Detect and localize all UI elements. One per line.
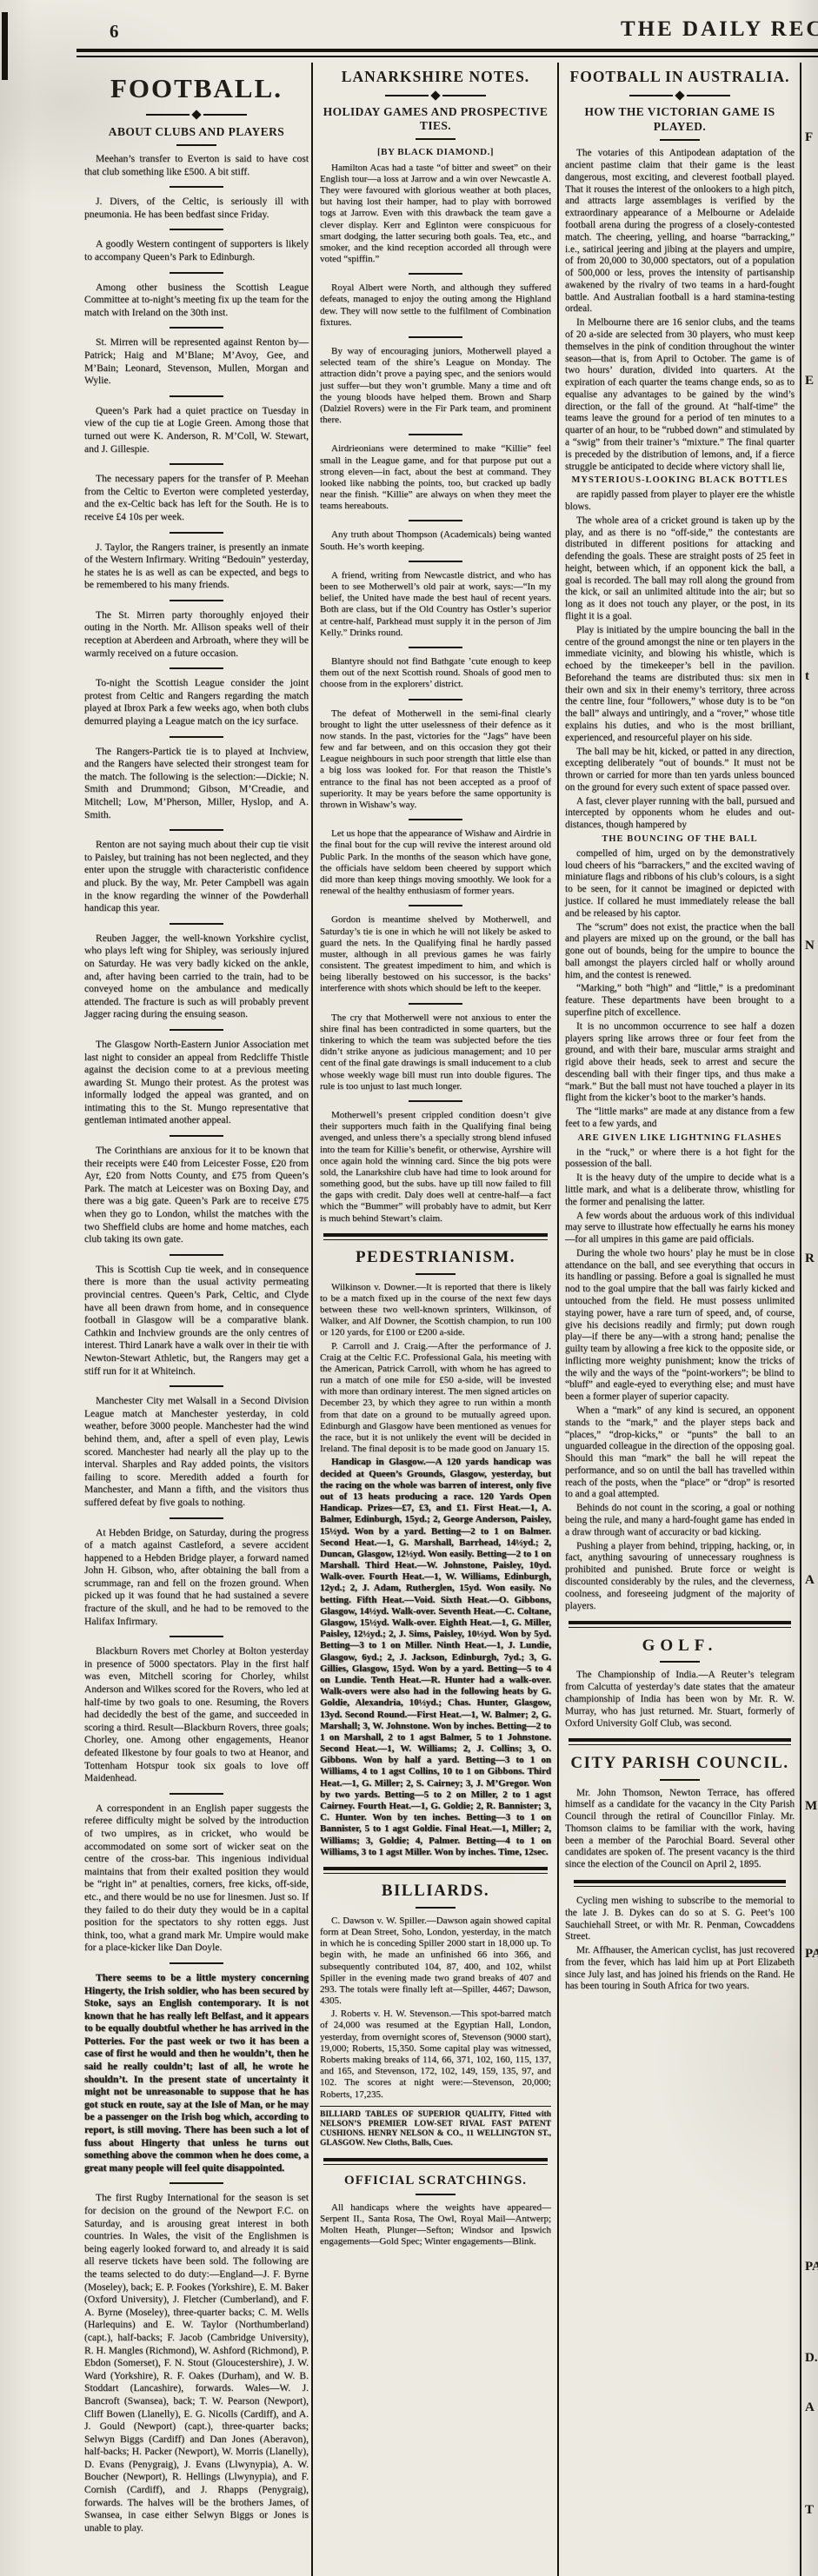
article-paragraph: Mr. Affhauser, the American cyclist, has… [565, 1945, 795, 1993]
column-lanarkshire-notes: LANARKSHIRE NOTES. HOLIDAY GAMES AND PRO… [320, 68, 551, 2249]
article-paragraph: “Marking,” both “high” and “little,” is … [565, 983, 795, 1019]
article-paragraph: A goodly Western contingent of supporter… [84, 238, 309, 263]
article-paragraph: Hamilton Acas had a taste “of bitter and… [320, 163, 551, 266]
article-paragraph: The Glasgow North-Eastern Junior Associa… [84, 1039, 309, 1127]
article-paragraph: P. Carroll and J. Craig.—After the perfo… [320, 1341, 551, 1456]
article-paragraph: The Rangers-Partick tie is to played at … [84, 746, 309, 822]
paragraph-separator [170, 2182, 223, 2184]
article-paragraph: Airdrieonians were determined to make “K… [320, 443, 551, 512]
clipped-column-fragment: F [805, 130, 813, 145]
diamond-ornament-icon [629, 92, 730, 99]
paragraph-separator [409, 1100, 462, 1102]
article-paragraph: The Corinthians are anxious for it to be… [84, 1145, 309, 1246]
scan-artifact [2, 12, 8, 80]
paragraph-separator [409, 520, 462, 521]
article-paragraph: Queen’s Park had a quiet practice on Tue… [84, 405, 309, 455]
short-rule [660, 139, 700, 141]
paragraph-separator [170, 463, 223, 465]
article-paragraph: Blackburn Rovers met Chorley at Bolton y… [84, 1645, 309, 1785]
short-rule [416, 2194, 456, 2195]
article-body: The votaries of this Antipodean adaptati… [565, 148, 795, 1993]
article-paragraph: J. Roberts v. H. W. Stevenson.—This spot… [320, 2008, 551, 2101]
short-rule [176, 144, 216, 146]
article-paragraph: The Championship of India.—A Reuter’s te… [565, 1670, 795, 1730]
paragraph-separator [409, 819, 462, 820]
column-subtitle: ABOUT CLUBS AND PLAYERS [84, 124, 309, 139]
article-paragraph: A correspondent in an English paper sugg… [84, 1803, 309, 1955]
crosshead: THE BOUNCING OF THE BALL [565, 834, 795, 846]
article-paragraph: To-night the Scottish League consider th… [84, 677, 309, 727]
article-paragraph: A friend, writing from Newcastle distric… [320, 570, 551, 639]
clipped-column-fragment: M [805, 1799, 817, 1814]
article-paragraph: are rapidly passed from player to player… [565, 489, 795, 514]
paragraph-separator [170, 327, 223, 329]
column-title: FOOTBALL IN AUSTRALIA. [565, 68, 795, 86]
paragraph-separator [170, 272, 223, 274]
section-rule [323, 1867, 548, 1874]
article-paragraph: Royal Albert were North, and although th… [320, 282, 551, 329]
short-rule [416, 138, 456, 140]
article-paragraph: The first Rugby International for the se… [84, 2192, 309, 2534]
paragraph-separator [170, 1636, 223, 1637]
paragraph-separator [409, 434, 462, 435]
paragraph-separator [170, 1517, 223, 1519]
section-rule [323, 2158, 548, 2165]
diamond-ornament-icon [146, 111, 247, 118]
paragraph-separator [409, 699, 462, 700]
short-rule [660, 1779, 700, 1781]
article-paragraph: Play is initiated by the umpire bouncing… [565, 625, 795, 745]
article-paragraph: J. Taylor, the Rangers trainer, is prese… [84, 541, 309, 592]
article-paragraph: Motherwell’s present crippled condition … [320, 1110, 551, 1225]
article-paragraph: The defeat of Motherwell in the semi-fin… [320, 708, 551, 812]
article-paragraph: The ball may be hit, kicked, or patted i… [565, 747, 795, 794]
article-paragraph: The whole area of a cricket ground is ta… [565, 515, 795, 623]
article-paragraph: Behinds do not count in the scoring, a g… [565, 1503, 795, 1538]
section-rule [569, 1621, 791, 1628]
article-paragraph: Blantyre should not find Bathgate ’cute … [320, 656, 551, 691]
clipped-column-fragment: R [805, 1251, 815, 1266]
article-paragraph: There seems to be a little mystery conce… [84, 1972, 309, 2175]
article-paragraph: Among other business the Scottish League… [84, 282, 309, 320]
article-paragraph: A few words about the arduous work of th… [565, 1211, 795, 1246]
clipped-column-fragment: D. [805, 2351, 818, 2366]
article-paragraph: St. Mirren will be represented against R… [84, 336, 309, 387]
article-paragraph: Cycling men wishing to subscribe to the … [565, 1895, 795, 1943]
short-rule [416, 1907, 456, 1909]
section-title: CITY PARISH COUNCIL. [565, 1753, 795, 1773]
paragraph-separator [409, 647, 462, 648]
short-rule [660, 1661, 700, 1663]
clipped-column-fragment: T [805, 2503, 814, 2518]
article-paragraph: J. Divers, of the Celtic, is seriously i… [84, 196, 309, 221]
paragraph-separator [409, 561, 462, 562]
clipped-column-fragment: t [805, 669, 809, 684]
newspaper-page: 6 THE DAILY REC FOOTBALL. ABOUT CLUBS AN… [0, 0, 818, 2576]
crosshead: ARE GIVEN LIKE LIGHTNING FLASHES [565, 1133, 795, 1145]
column-rule [800, 63, 801, 2576]
paragraph-separator [170, 1793, 223, 1795]
paragraph-separator [170, 1385, 223, 1387]
article-body: Meehan’s transfer to Everton is said to … [84, 153, 309, 2534]
paragraph-separator [170, 923, 223, 925]
paragraph-separator [170, 186, 223, 188]
article-paragraph: This is Scottish Cup tie week, and in co… [84, 1264, 309, 1378]
article-paragraph: The St. Mirren party thoroughly enjoyed … [84, 609, 309, 660]
paragraph-separator [170, 1135, 223, 1137]
article-paragraph: Mr. John Thomson, Newton Terrace, has of… [565, 1788, 795, 1871]
article-paragraph: At Hebden Bridge, on Saturday, during th… [84, 1527, 309, 1629]
clipped-column-fragment: N [805, 939, 815, 953]
article-paragraph: in the “ruck,” or where there is a hot f… [565, 1147, 795, 1172]
article-paragraph: All handicaps where the weights have app… [320, 2202, 551, 2248]
section-heading: CITY PARISH COUNCIL. [565, 1738, 795, 1780]
article-paragraph: Renton are not saying much about their c… [84, 839, 309, 915]
column-football: FOOTBALL. ABOUT CLUBS AND PLAYERS Meehan… [84, 71, 309, 2536]
article-paragraph: It is the heavy duty of the umpire to de… [565, 1172, 795, 1208]
paragraph-separator [170, 667, 223, 669]
column-title: LANARKSHIRE NOTES. [320, 68, 551, 86]
clipped-column-fragment: E [805, 374, 814, 388]
paragraph-separator [170, 1029, 223, 1031]
section-title: PEDESTRIANISM. [320, 1248, 551, 1268]
paragraph-separator [170, 600, 223, 601]
paragraph-separator [170, 395, 223, 397]
column-rule [311, 63, 313, 2576]
paragraph-separator [409, 905, 462, 906]
paragraph-separator [170, 532, 223, 534]
article-body: Hamilton Acas had a taste “of bitter and… [320, 163, 551, 2248]
article-paragraph: The necessary papers for the transfer of… [84, 473, 309, 523]
paragraph-separator [170, 829, 223, 831]
article-paragraph: During the whole two hours’ play he must… [565, 1248, 795, 1404]
article-paragraph: In Melbourne there are 16 senior clubs, … [565, 317, 795, 473]
crosshead: MYSTERIOUS-LOOKING BLACK BOTTLES [565, 475, 795, 487]
article-paragraph: Wilkinson v. Downer.—It is reported that… [320, 1282, 551, 1339]
clipped-column-fragment: PA [805, 2260, 818, 2274]
header-rule [76, 49, 818, 57]
column-football-in-australia: FOOTBALL IN AUSTRALIA. HOW THE VICTORIAN… [565, 68, 795, 1995]
paragraph-separator [170, 1254, 223, 1256]
paragraph-separator [170, 229, 223, 230]
diamond-ornament-icon [385, 92, 486, 99]
article-paragraph: By way of encouraging juniors, Motherwel… [320, 346, 551, 426]
article-paragraph: Let us hope that the appearance of Wisha… [320, 828, 551, 897]
section-heading: GOLF. [565, 1621, 795, 1663]
section-title: OFFICIAL SCRATCHINGS. [320, 2173, 551, 2188]
article-paragraph: The “little marks” are made at any dista… [565, 1106, 795, 1131]
short-rule [416, 1273, 456, 1275]
section-heading: PEDESTRIANISM. [320, 1233, 551, 1275]
article-paragraph: Any truth about Thompson (Academicals) b… [320, 529, 551, 552]
article-paragraph: It is no uncommon occurrence to see half… [565, 1021, 795, 1105]
section-rule [569, 1738, 791, 1745]
column-subtitle: HOW THE VICTORIAN GAME IS PLAYED. [565, 105, 795, 134]
article-paragraph: Handicap in Glasgow.—A 120 yards handica… [320, 1457, 551, 1858]
article-paragraph: compelled of him, urged on by the demons… [565, 848, 795, 920]
column-title: FOOTBALL. [84, 71, 309, 105]
article-paragraph: When a “mark” of any kind is secured, an… [565, 1405, 795, 1501]
paragraph-separator [170, 1962, 223, 1964]
paragraph-separator [409, 273, 462, 275]
article-paragraph: A fast, clever player running with the b… [565, 796, 795, 832]
section-heading: OFFICIAL SCRATCHINGS. [320, 2158, 551, 2195]
section-rule [323, 1233, 548, 1240]
column-rule [557, 63, 559, 2576]
section-rule [574, 1880, 786, 1887]
paragraph-separator [409, 336, 462, 338]
column-subtitle: HOLIDAY GAMES AND PROSPECTIVE TIES. [320, 105, 551, 133]
article-paragraph: The votaries of this Antipodean adaptati… [565, 148, 795, 315]
article-paragraph: Pushing a player from behind, tripping, … [565, 1541, 795, 1613]
masthead: THE DAILY REC [621, 17, 818, 42]
article-paragraph: Gordon is meantime shelved by Motherwell… [320, 914, 551, 994]
article-paragraph: Meehan’s transfer to Everton is said to … [84, 153, 309, 178]
advertisement: BILLIARD TABLES OF SUPERIOR QUALITY, Fit… [320, 2106, 551, 2149]
article-paragraph: Reuben Jagger, the well-known Yorkshire … [84, 933, 309, 1021]
clipped-column-fragment: PA [805, 1947, 818, 1962]
article-paragraph: The cry that Motherwell were not anxious… [320, 1012, 551, 1092]
section-heading: BILLIARDS. [320, 1867, 551, 1909]
article-paragraph: The “scrum” does not exist, the practice… [565, 922, 795, 982]
article-paragraph: C. Dawson v. W. Spiller.—Dawson again sh… [320, 1915, 551, 2008]
paragraph-separator [170, 736, 223, 738]
paragraph-separator [409, 1003, 462, 1005]
section-title: BILLIARDS. [320, 1882, 551, 1902]
byline: [BY BLACK DIAMOND.] [320, 147, 551, 158]
clipped-column-fragment: A [805, 2400, 815, 2415]
clipped-column-fragment: A [805, 1573, 815, 1588]
section-title: GOLF. [565, 1636, 795, 1656]
page-number: 6 [110, 21, 119, 43]
article-paragraph: Manchester City met Walsall in a Second … [84, 1395, 309, 1509]
